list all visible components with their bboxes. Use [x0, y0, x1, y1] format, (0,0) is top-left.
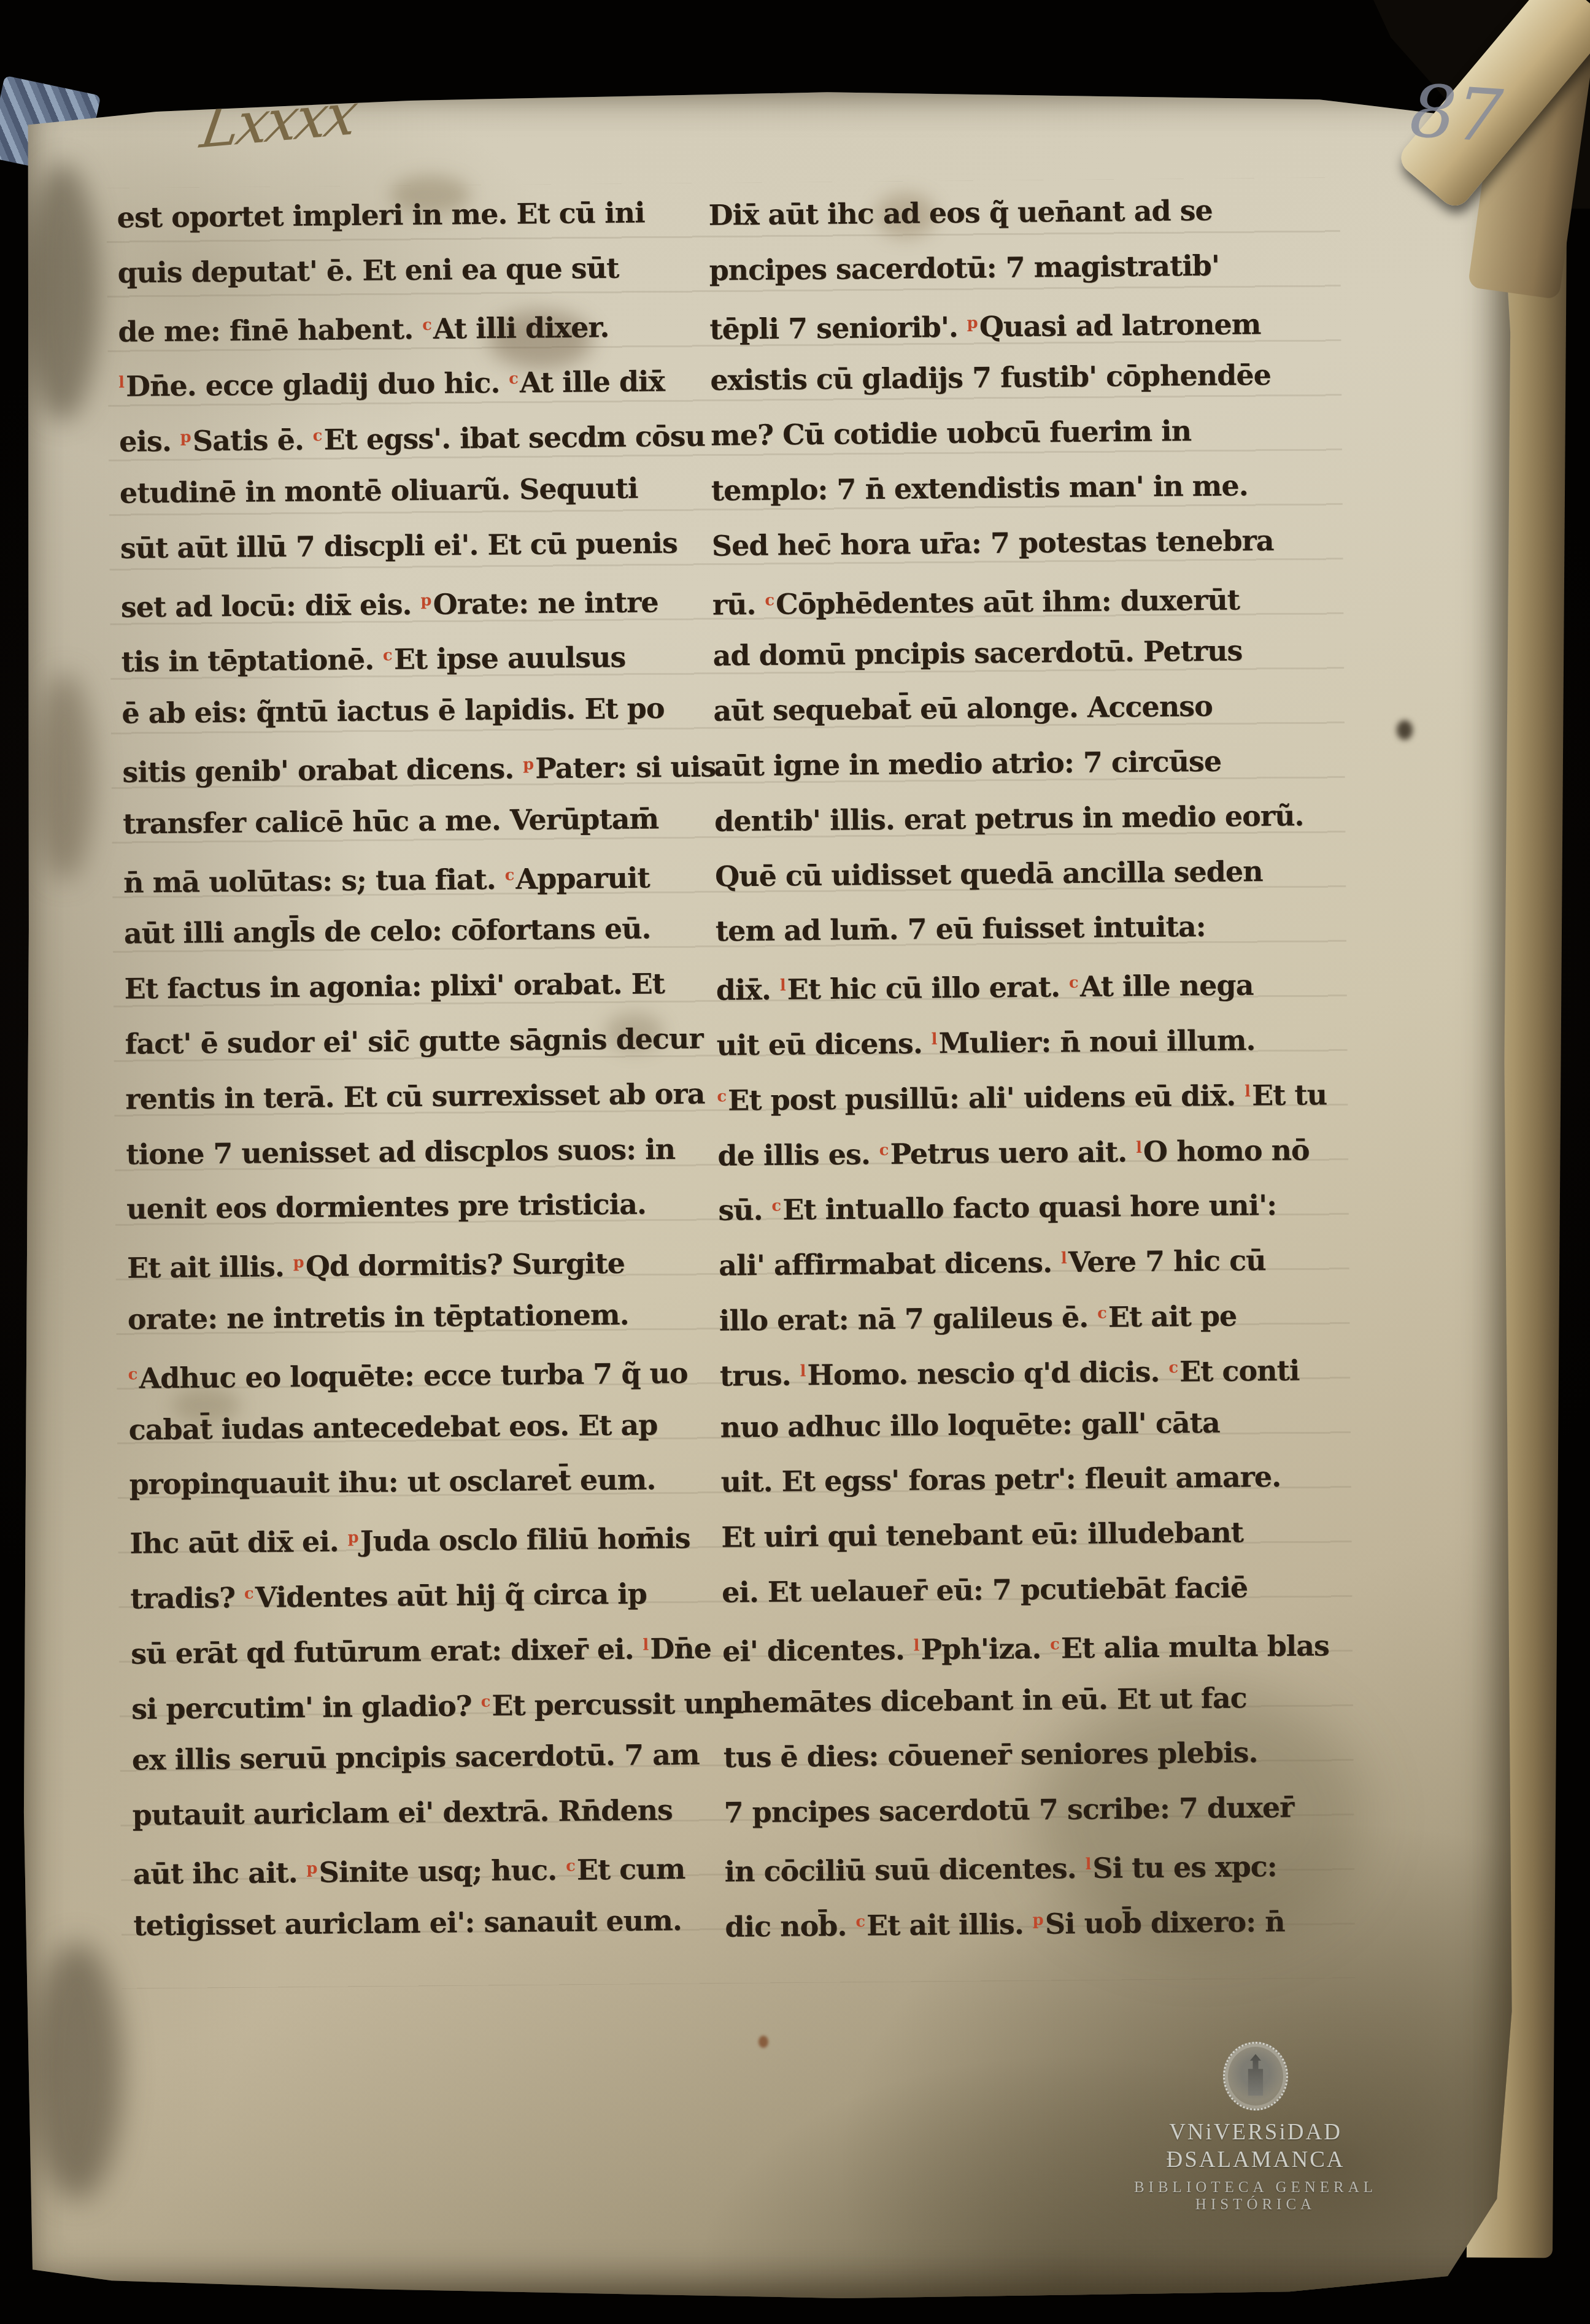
rubric-letter: c — [771, 1197, 781, 1215]
rubric-letter: c — [505, 866, 515, 884]
line-text: O homo nō — [1143, 1133, 1310, 1168]
line-text: Qd dormitis? Surgite — [306, 1247, 625, 1283]
line-text: putauit auriclam ei' dextrā. Rn̄dens — [132, 1793, 673, 1831]
line-text: Mulier: n̄ noui illum. — [938, 1023, 1255, 1060]
line-text: propinquauit ihu: ut osclaret̄ eum. — [129, 1463, 655, 1501]
text-line: uenit eos dormientes pre tristicia. — [126, 1177, 716, 1237]
text-line: ad domū pncipis sacerdotū. Petrus — [712, 623, 1302, 684]
line-text: Homo. nescio q'd dicis. — [807, 1355, 1168, 1391]
line-text: Et intuallo facto quasi hore uni': — [782, 1188, 1276, 1226]
rubric-letter: c — [244, 1585, 254, 1603]
library-watermark: VNiVERSiDAD ÐSALAMANCA BIBLIOTECA GENERA… — [1102, 2042, 1409, 2214]
line-text: rentis in terā. Et cū surrexisset ab ora — [125, 1077, 704, 1115]
rubric-letter: p — [293, 1253, 304, 1272]
line-text: transfer calicē hūc a me. Verūptam̄ — [123, 802, 658, 840]
text-line: de illis es. cPetrus uero ait. lO homo n… — [717, 1119, 1307, 1180]
line-text: Vere 7 hic cū — [1068, 1244, 1266, 1279]
text-line: ē ab eis: q̃ntū iactus ē lapidis. Et po — [122, 681, 711, 742]
line-text: nuo adhuc illo loquēte: gall' cāta — [720, 1406, 1219, 1444]
text-line: tem ad lum̄. 7 eū fuisset intuita: — [715, 899, 1305, 960]
text-line: est oportet impleri in me. Et cū ini — [117, 185, 706, 245]
line-text: Si uob̄ dixero: n̄ — [1045, 1905, 1285, 1941]
watermark-library: BIBLIOTECA GENERAL HISTÓRICA — [1102, 2179, 1409, 2214]
text-line: dentib' illis. erat petrus in medio eorũ… — [714, 788, 1304, 849]
text-line: fact' ē sudor ei' sic̄ gutte sāgnis decu… — [125, 1011, 714, 1072]
text-line: Dix̄ aūt ihc ad eos q̃ uen̄ant ad se — [708, 182, 1298, 243]
line-text: Sinite usq; huc. — [318, 1853, 566, 1889]
rubric-letter: c — [1069, 974, 1079, 992]
text-line: sū erāt qd futūrum erat: dixer̄ ei. lDn̄… — [131, 1617, 720, 1678]
rubric-letter: c — [855, 1912, 865, 1931]
line-text: orate: ne intretis in tēptationem. — [128, 1298, 629, 1336]
stain — [758, 2036, 768, 2048]
line-text: templo: 7 n̄ extendistis man' in me. — [711, 469, 1248, 507]
text-line: ali' affirmabat dicens. lVere 7 hic cū — [719, 1229, 1308, 1290]
line-text: Et hic cū illo erat. — [787, 970, 1069, 1006]
folio-number: 87 — [1408, 74, 1505, 153]
text-line: tetigisset auriclam ei': sanauit eum. — [133, 1893, 723, 1953]
watermark-salamanca: ÐSALAMANCA — [1102, 2147, 1409, 2173]
line-text: rū. — [712, 588, 765, 621]
text-line: de me: finē habent. cAt illi dixer. — [118, 295, 708, 356]
stain — [36, 672, 94, 881]
rubric-letter: l — [1245, 1082, 1251, 1101]
rubric-letter: c — [1168, 1358, 1178, 1377]
line-text: existis cū gladijs 7 fustib' cōphendēe — [710, 358, 1271, 397]
rubric-letter: c — [383, 647, 393, 665]
text-line: etudinē in montē oliuarũ. Sequuti — [120, 460, 709, 521]
rubric-letter: c — [422, 315, 432, 334]
line-text: Et tu — [1252, 1078, 1327, 1112]
line-text: uit. Et egss' foras petr': fleuit amare. — [720, 1460, 1281, 1499]
line-text: Satis ē. — [193, 423, 313, 458]
line-text: dic nob̄. — [725, 1909, 855, 1943]
rubric-letter: c — [1097, 1304, 1107, 1322]
stain — [26, 163, 99, 421]
line-text: tione 7 uenisset ad discplos suos: in — [126, 1133, 675, 1171]
line-text: aūt illi angl̄s de celo: cōfortans eū. — [124, 912, 651, 950]
text-column-right: Dix̄ aūt ihc ad eos q̃ uen̄ant ad sepnci… — [708, 182, 1314, 1951]
line-text: Et post pusillū: ali' uidens eū dix̄. — [728, 1079, 1245, 1117]
line-text: ē ab eis: q̃ntū iactus ē lapidis. Et po — [122, 691, 665, 729]
text-line: aūt sequebat̄ eū alonge. Accenso — [713, 679, 1303, 739]
line-text: Et egss'. ibat secdm cōsu — [323, 420, 705, 456]
line-text: uenit eos dormientes pre tristicia. — [126, 1188, 646, 1226]
text-line: phemātes dicebant in eū. Et ut fac — [723, 1670, 1313, 1731]
line-text: Et uiri qui tenebant eū: illudebant — [721, 1516, 1243, 1554]
text-line: aūt igne in medio atrio: 7 circūse — [714, 733, 1303, 794]
line-text: set ad locū: dix̄ eis. — [120, 588, 420, 624]
line-text: Apparuit — [515, 861, 650, 895]
line-text: Pph'iza. — [920, 1631, 1050, 1666]
line-text: aūt sequebat̄ eū alonge. Accenso — [713, 690, 1213, 728]
line-text: Cōphēdentes aūt ihm: duxerūt — [776, 583, 1240, 620]
text-line: pncipes sacerdotū: 7 magistratib' — [709, 237, 1299, 298]
rubric-letter: p — [180, 428, 191, 447]
line-text: sitis genib' orabat dicens. — [122, 752, 523, 788]
rubric-letter: l — [118, 374, 125, 392]
line-text: me? Cū cotidie uobcū fuerim in — [711, 414, 1191, 452]
line-text: trus. — [720, 1358, 800, 1392]
line-text: ex illis seruū pncipis sacerdotū. 7 am — [132, 1738, 700, 1777]
line-text: tetigisset auriclam ei': sanauit eum. — [133, 1904, 682, 1942]
line-text: Et cum — [577, 1852, 685, 1887]
line-text: de illis es. — [717, 1137, 879, 1172]
rubric-letter: l — [800, 1362, 806, 1380]
rubric-letter: c — [480, 1692, 490, 1710]
line-text: Ihc aūt dix̄ ei. — [129, 1525, 348, 1560]
text-line: dix̄. lEt hic cū illo erat. cAt ille neg… — [716, 954, 1305, 1015]
text-line: cabat̄ iudas antecedebat eos. Et ap — [128, 1397, 718, 1458]
line-text: n̄ mā uolūtas: s; tua fiat. — [123, 862, 505, 899]
rubric-letter: p — [306, 1860, 317, 1878]
text-line: Et uiri qui tenebant eū: illudebant — [721, 1504, 1311, 1565]
line-text: pncipes sacerdotū: 7 magistratib' — [709, 248, 1219, 287]
line-text: Dix̄ aūt ihc ad eos q̃ uen̄ant ad se — [708, 194, 1213, 232]
text-line: cAdhuc eo loquēte: ecce turba 7 q̃ uo — [128, 1342, 717, 1402]
line-text: tem ad lum̄. 7 eū fuisset intuita: — [716, 910, 1206, 948]
line-text: sū erāt qd futūrum erat: dixer̄ ei. — [131, 1632, 643, 1670]
rubric-letter: l — [1085, 1855, 1091, 1874]
text-line: rū. cCōphēdentes aūt ihm: duxerūt — [712, 568, 1302, 629]
text-line: ex illis seruū pncipis sacerdotū. 7 am — [131, 1728, 721, 1788]
line-text: aūt igne in medio atrio: 7 circūse — [714, 745, 1221, 783]
line-text: At illi dixer. — [433, 310, 609, 345]
rubric-letter: p — [1033, 1910, 1044, 1929]
line-text: in cōciliū suū dicentes. — [724, 1852, 1086, 1888]
line-text: Quē cū uidisset quedā ancilla seden — [715, 855, 1263, 893]
text-line: si percutim' in gladio? cEt percussit un… — [131, 1672, 721, 1733]
rubric-letter: c — [509, 370, 519, 388]
line-text: Juda osclo filiū hom̄is — [360, 1522, 690, 1558]
text-line: cEt post pusillū: ali' uidens eū dix̄. l… — [717, 1064, 1306, 1125]
line-text: si percutim' in gladio? — [131, 1689, 481, 1725]
rubric-letter: c — [717, 1087, 727, 1106]
line-text: sūt aūt illū 7 discpli ei'. Et cū puenis — [120, 526, 678, 565]
text-line: ei. Et uelauer̄ eū: 7 pcutiebāt faciē — [722, 1560, 1311, 1620]
line-text: tēpli 7 seniorib'. — [709, 310, 967, 345]
line-text: fact' ē sudor ei' sic̄ gutte sāgnis decu… — [125, 1022, 703, 1061]
text-line: tēpli 7 seniorib'. pQuasi ad latronem — [709, 293, 1299, 353]
line-text: Et ait illis. — [866, 1907, 1033, 1942]
line-text: cabat̄ iudas antecedebat eos. Et ap — [128, 1408, 657, 1446]
line-text: phemātes dicebant in eū. Et ut fac — [723, 1681, 1247, 1719]
rubric-letter: l — [1061, 1249, 1067, 1268]
line-text: Orate: ne intre — [433, 585, 658, 621]
rubric-letter: l — [914, 1636, 920, 1655]
rubric-letter: p — [967, 314, 978, 332]
text-line: me? Cū cotidie uobcū fuerim in — [711, 403, 1300, 464]
text-line: sūt aūt illū 7 discpli ei'. Et cū puenis — [120, 515, 709, 576]
text-line: ei' dicentes. lPph'iza. cEt alia multa b… — [722, 1615, 1312, 1676]
rubric-letter: l — [1136, 1139, 1142, 1157]
text-line: tione 7 uenisset ad discplos suos: in — [126, 1122, 716, 1182]
stain — [31, 1942, 123, 2200]
text-line: rentis in terā. Et cū surrexisset ab ora — [125, 1066, 715, 1127]
line-text: sū. — [718, 1193, 772, 1227]
line-text: Petrus uero ait. — [890, 1135, 1136, 1171]
rubric-letter: p — [523, 755, 534, 774]
text-line: Ihc aūt dix̄ ei. pJuda osclo filiū hom̄i… — [129, 1507, 719, 1568]
rubric-letter: p — [420, 591, 431, 609]
parchment-page: Lxxxx est oportet impleri in me. Et cū i… — [22, 90, 1513, 2298]
rubric-letter: c — [313, 427, 323, 445]
line-text: Dn̄e — [650, 1631, 711, 1665]
rubric-letter: c — [765, 591, 774, 609]
line-text: eis. — [119, 425, 180, 458]
line-text: Et percussit unu' — [492, 1687, 752, 1722]
text-line: illo erat: nā 7 galileus ē. cEt ait pe — [719, 1284, 1308, 1345]
text-line: uit eū dicens. lMulier: n̄ noui illum. — [716, 1009, 1306, 1069]
text-line: Quē cū uidisset quedā ancilla seden — [715, 844, 1305, 904]
line-text: Pater: si uis — [535, 750, 716, 785]
text-line: dic nob̄. cEt ait illis. pSi uob̄ dixero… — [725, 1890, 1314, 1951]
line-text: At ille nega — [1080, 969, 1254, 1004]
text-line: tis in tēptationē. cEt ipse auulsus — [121, 626, 711, 687]
rubric-letter: l — [932, 1030, 938, 1048]
line-text: tis in tēptationē. — [121, 643, 383, 679]
text-line: nuo adhuc illo loquēte: gall' cāta — [720, 1395, 1310, 1455]
line-text: Si tu es xpc: — [1092, 1850, 1277, 1885]
rubric-letter: c — [1050, 1635, 1060, 1653]
line-text: uit eū dicens. — [716, 1026, 932, 1061]
line-text: Et ait illis. — [127, 1250, 293, 1285]
text-line: aūt illi angl̄s de celo: cōfortans eū. — [123, 901, 713, 962]
text-line: putauit auriclam ei' dextrā. Rn̄dens — [132, 1782, 722, 1843]
line-text: ei. Et uelauer̄ eū: 7 pcutiebāt faciē — [722, 1571, 1248, 1609]
line-text: Et conti — [1179, 1353, 1300, 1388]
text-line: 7 pncipes sacerdotū 7 scribe: 7 duxer̄ — [724, 1780, 1313, 1841]
rubric-letter: l — [780, 977, 786, 995]
manuscript-photo: Lxxxx est oportet impleri in me. Et cū i… — [0, 0, 1590, 2324]
line-text: Et ait pe — [1108, 1299, 1237, 1334]
text-line: lDn̄e. ecce gladij duo hic. cAt ille dix… — [118, 350, 708, 411]
line-text: dentib' illis. erat petrus in medio eorũ… — [714, 799, 1304, 837]
line-text: illo erat: nā 7 galileus ē. — [719, 1301, 1098, 1337]
line-text: quis deputat' ē. Et eni ea que sūt — [117, 252, 619, 290]
text-line: propinquauit ihu: ut osclaret̄ eum. — [129, 1452, 719, 1513]
line-text: tradis? — [130, 1581, 244, 1615]
text-line: orate: ne intretis in tēptationem. — [127, 1287, 717, 1347]
line-text: ei' dicentes. — [722, 1633, 914, 1668]
line-text: aūt ihc ait. — [133, 1856, 307, 1891]
text-line: eis. pSatis ē. cEt egss'. ibat secdm cōs… — [119, 406, 709, 466]
rubric-letter: p — [348, 1528, 359, 1547]
line-text: ad domū pncipis sacerdotū. Petrus — [712, 634, 1242, 672]
text-line: quis deputat' ē. Et eni ea que sūt — [117, 240, 707, 301]
line-text: Quasi ad latronem — [979, 307, 1261, 343]
line-text: tus ē dies: cōuener̄ seniores plebis. — [724, 1736, 1258, 1774]
rubric-letter: c — [128, 1365, 138, 1383]
text-line: tus ē dies: cōuener̄ seniores plebis. — [723, 1725, 1313, 1786]
text-line: sitis genib' orabat dicens. pPater: si u… — [122, 736, 712, 796]
line-text: de me: finē habent. — [118, 312, 422, 348]
watermark-university: VNiVERSiDAD — [1102, 2119, 1409, 2145]
line-text: Dn̄e. ecce gladij duo hic. — [126, 366, 509, 403]
text-line: transfer calicē hūc a me. Verūptam̄ — [123, 791, 712, 852]
text-line: existis cū gladijs 7 fustib' cōphendēe — [710, 348, 1300, 409]
line-text: Et factus in agonia: plixi' orabat. Et — [124, 967, 665, 1005]
line-text: etudinē in montē oliuarũ. Sequuti — [120, 472, 638, 510]
line-text: ali' affirmabat dicens. — [719, 1246, 1061, 1282]
salamanca-seal-icon — [1223, 2042, 1288, 2110]
stain — [1397, 720, 1413, 740]
line-text: est oportet impleri in me. Et cū ini — [117, 196, 644, 234]
line-text: Sed hec̄ hora ur̄a: 7 potestas tenebra — [712, 524, 1274, 563]
rubric-letter: l — [643, 1636, 649, 1654]
text-line: Et factus in agonia: plixi' orabat. Et — [124, 956, 714, 1017]
line-text: Adhuc eo loquēte: ecce turba 7 q̃ uo — [139, 1356, 688, 1395]
text-line: Sed hec̄ hora ur̄a: 7 potestas tenebra — [711, 513, 1301, 574]
line-text: 7 pncipes sacerdotū 7 scribe: 7 duxer̄ — [724, 1791, 1294, 1830]
line-text: dix̄. — [716, 973, 781, 1007]
text-line: set ad locū: dix̄ eis. pOrate: ne intre — [120, 571, 710, 631]
text-line: in cōciliū suū dicentes. lSi tu es xpc: — [724, 1835, 1314, 1896]
line-text: At ille dix̄ — [520, 365, 665, 399]
text-line: uit. Et egss' foras petr': fleuit amare. — [720, 1450, 1310, 1510]
rubric-letter: c — [566, 1857, 576, 1876]
line-text: Et ipse auulsus — [393, 641, 625, 676]
line-text: Et alia multa blas — [1061, 1629, 1329, 1664]
text-line: trus. lHomo. nescio q'd dicis. cEt conti — [719, 1339, 1309, 1400]
text-line: aūt ihc ait. pSinite usq; huc. cEt cum — [133, 1837, 722, 1898]
text-line: templo: 7 n̄ extendistis man' in me. — [711, 458, 1301, 518]
text-line: n̄ mā uolūtas: s; tua fiat. cApparuit — [123, 846, 713, 907]
text-line: Et ait illis. pQd dormitis? Surgite — [127, 1232, 717, 1293]
text-column-left: est oportet impleri in me. Et cū iniquis… — [117, 185, 723, 1953]
text-line: sū. cEt intuallo facto quasi hore uni': — [718, 1174, 1308, 1235]
line-text: Videntes aūt hij q̃ circa ip — [255, 1577, 647, 1614]
rubric-letter: c — [879, 1141, 889, 1159]
text-line: tradis? cVidentes aūt hij q̃ circa ip — [130, 1562, 720, 1623]
